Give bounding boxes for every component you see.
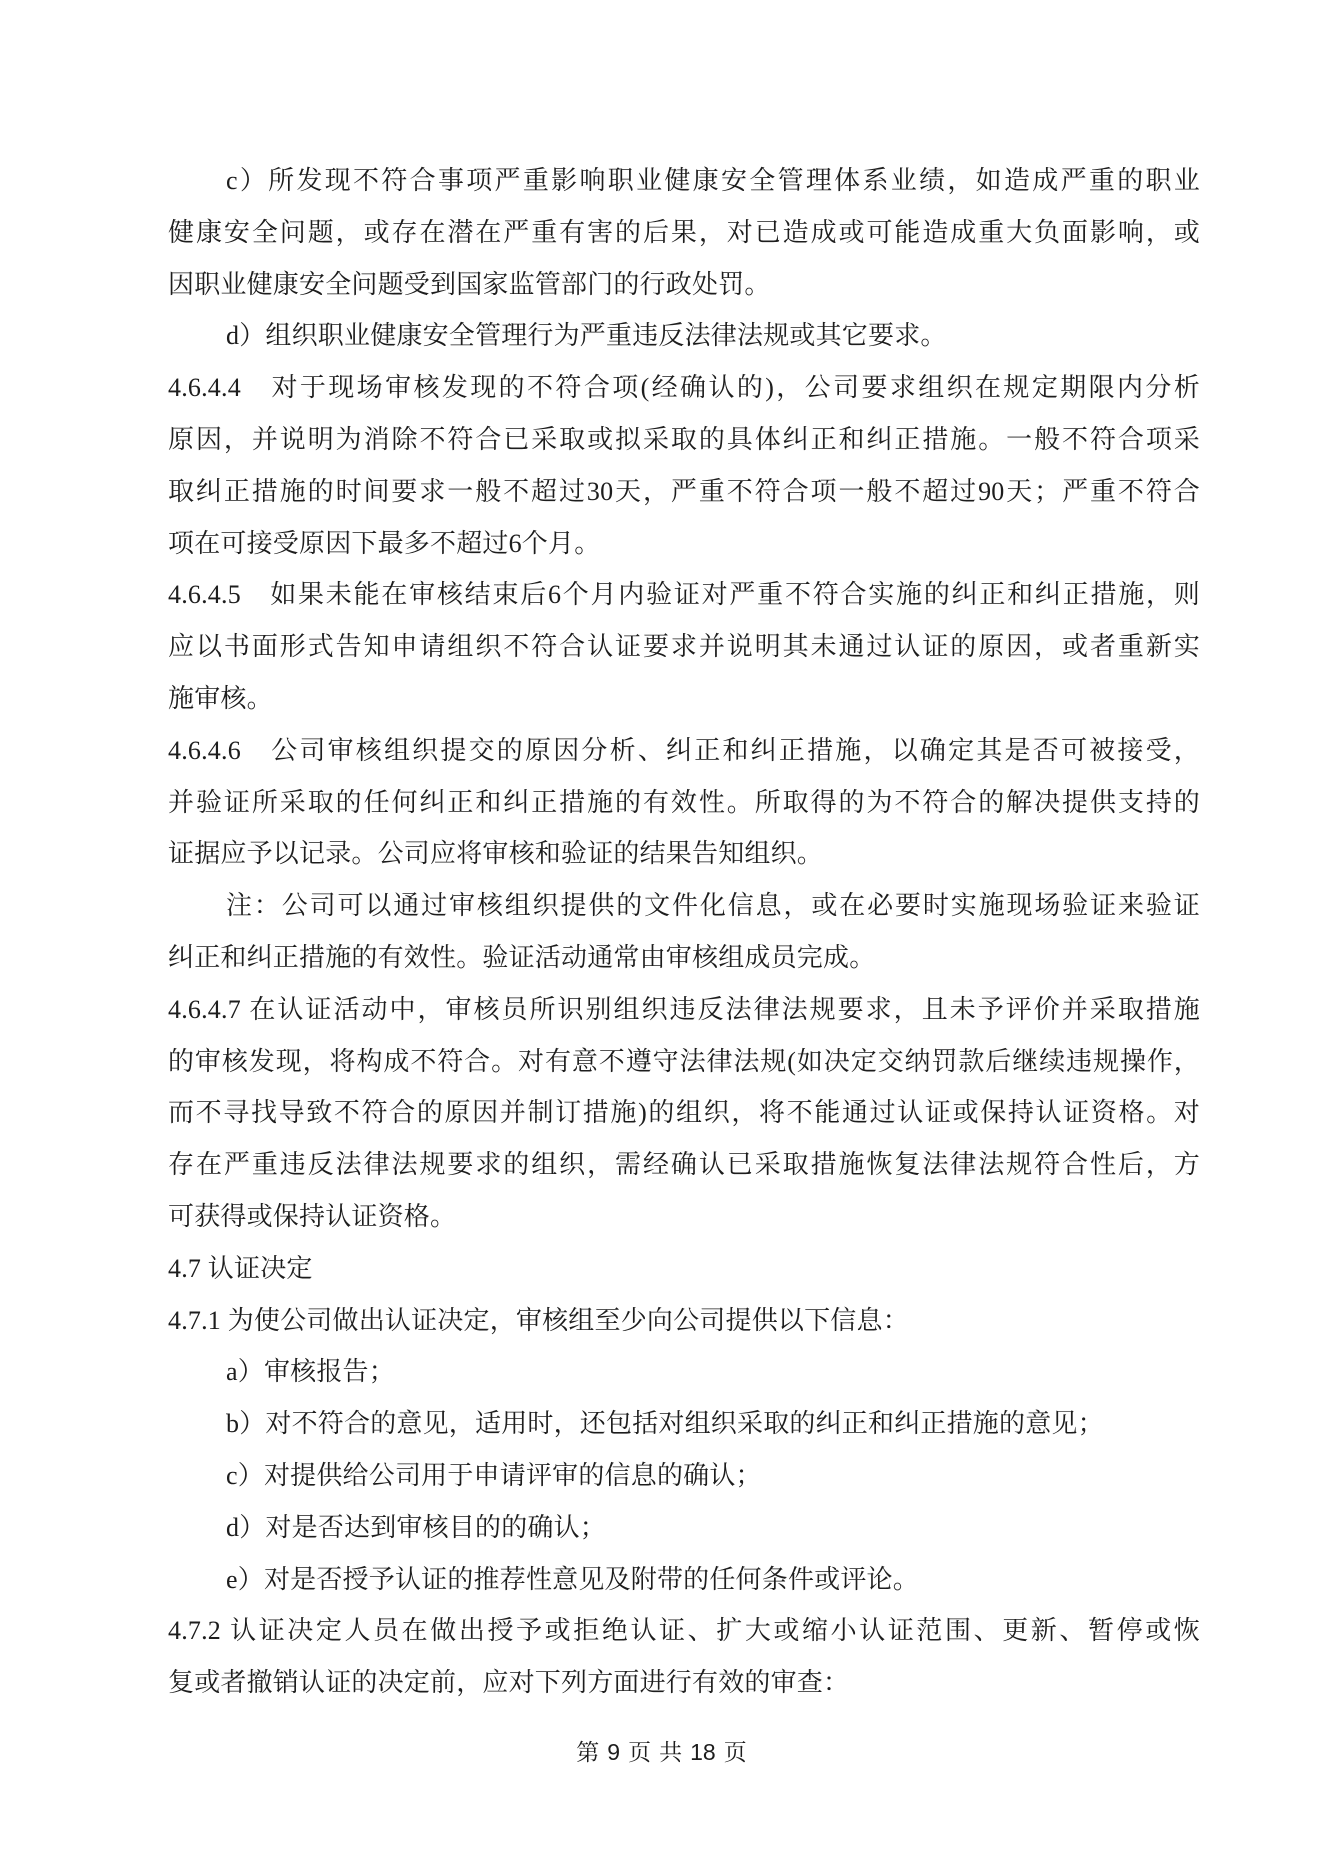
text-line: 4.7.2 认证决定人员在做出授予或拒绝认证、扩大或缩小认证范围、更新、暂停或恢 bbox=[168, 1605, 1200, 1657]
text-line: 施审核。 bbox=[168, 673, 1200, 725]
text-line: 4.6.4.7 在认证活动中，审核员所识别组织违反法律法规要求，且未予评价并采取… bbox=[168, 984, 1200, 1036]
document-page: c）所发现不符合事项严重影响职业健康安全管理体系业绩，如造成严重的职业健康安全问… bbox=[0, 0, 1323, 1871]
text-line: d）对是否达到审核目的的确认； bbox=[168, 1502, 1200, 1554]
footer-label: 页 bbox=[628, 1740, 651, 1765]
text-line: e）对是否授予认证的推荐性意见及附带的任何条件或评论。 bbox=[168, 1554, 1200, 1606]
text-line: 4.6.4.4 对于现场审核发现的不符合项(经确认的)，公司要求组织在规定期限内… bbox=[168, 362, 1200, 414]
text-line: 并验证所采取的任何纠正和纠正措施的有效性。所取得的为不符合的解决提供支持的 bbox=[168, 777, 1200, 829]
footer-page-number: 18 bbox=[690, 1739, 716, 1765]
text-line: c）所发现不符合事项严重影响职业健康安全管理体系业绩，如造成严重的职业 bbox=[168, 155, 1200, 207]
text-line: 的审核发现，将构成不符合。对有意不遵守法律法规(如决定交纳罚款后继续违规操作， bbox=[168, 1036, 1200, 1088]
footer-page-number: 9 bbox=[607, 1739, 620, 1765]
text-line: 4.7.1 为使公司做出认证决定，审核组至少向公司提供以下信息： bbox=[168, 1295, 1200, 1347]
footer-label: 共 bbox=[659, 1740, 682, 1765]
page-footer: 第9页共18页 bbox=[0, 1737, 1323, 1768]
text-line: 健康安全问题，或存在潜在严重有害的后果，对已造成或可能造成重大负面影响，或 bbox=[168, 207, 1200, 259]
text-line: d）组织职业健康安全管理行为严重违反法律法规或其它要求。 bbox=[168, 310, 1200, 362]
text-line: b）对不符合的意见，适用时，还包括对组织采取的纠正和纠正措施的意见； bbox=[168, 1398, 1200, 1450]
text-line: 4.6.4.5 如果未能在审核结束后6个月内验证对严重不符合实施的纠正和纠正措施… bbox=[168, 569, 1200, 621]
text-line: 证据应予以记录。公司应将审核和验证的结果告知组织。 bbox=[168, 828, 1200, 880]
text-line: a）审核报告； bbox=[168, 1346, 1200, 1398]
text-line: 存在严重违反法律法规要求的组织，需经确认已采取措施恢复法律法规符合性后，方 bbox=[168, 1139, 1200, 1191]
text-line: 复或者撤销认证的决定前，应对下列方面进行有效的审查： bbox=[168, 1657, 1200, 1709]
text-line: 4.6.4.6 公司审核组织提交的原因分析、纠正和纠正措施，以确定其是否可被接受… bbox=[168, 725, 1200, 777]
footer-label: 页 bbox=[724, 1740, 747, 1765]
text-line: 项在可接受原因下最多不超过6个月。 bbox=[168, 518, 1200, 570]
text-line: 因职业健康安全问题受到国家监管部门的行政处罚。 bbox=[168, 259, 1200, 311]
text-line: 而不寻找导致不符合的原因并制订措施)的组织，将不能通过认证或保持认证资格。对 bbox=[168, 1087, 1200, 1139]
text-line: 可获得或保持认证资格。 bbox=[168, 1191, 1200, 1243]
text-line: 4.7 认证决定 bbox=[168, 1243, 1200, 1295]
text-line: 纠正和纠正措施的有效性。验证活动通常由审核组成员完成。 bbox=[168, 932, 1200, 984]
footer-label: 第 bbox=[576, 1740, 599, 1765]
text-line: c）对提供给公司用于申请评审的信息的确认； bbox=[168, 1450, 1200, 1502]
text-line: 应以书面形式告知申请组织不符合认证要求并说明其未通过认证的原因，或者重新实 bbox=[168, 621, 1200, 673]
document-body: c）所发现不符合事项严重影响职业健康安全管理体系业绩，如造成严重的职业健康安全问… bbox=[168, 155, 1200, 1709]
text-line: 原因，并说明为消除不符合已采取或拟采取的具体纠正和纠正措施。一般不符合项采 bbox=[168, 414, 1200, 466]
text-line: 取纠正措施的时间要求一般不超过30天，严重不符合项一般不超过90天；严重不符合 bbox=[168, 466, 1200, 518]
text-line: 注：公司可以通过审核组织提供的文件化信息，或在必要时实施现场验证来验证 bbox=[168, 880, 1200, 932]
